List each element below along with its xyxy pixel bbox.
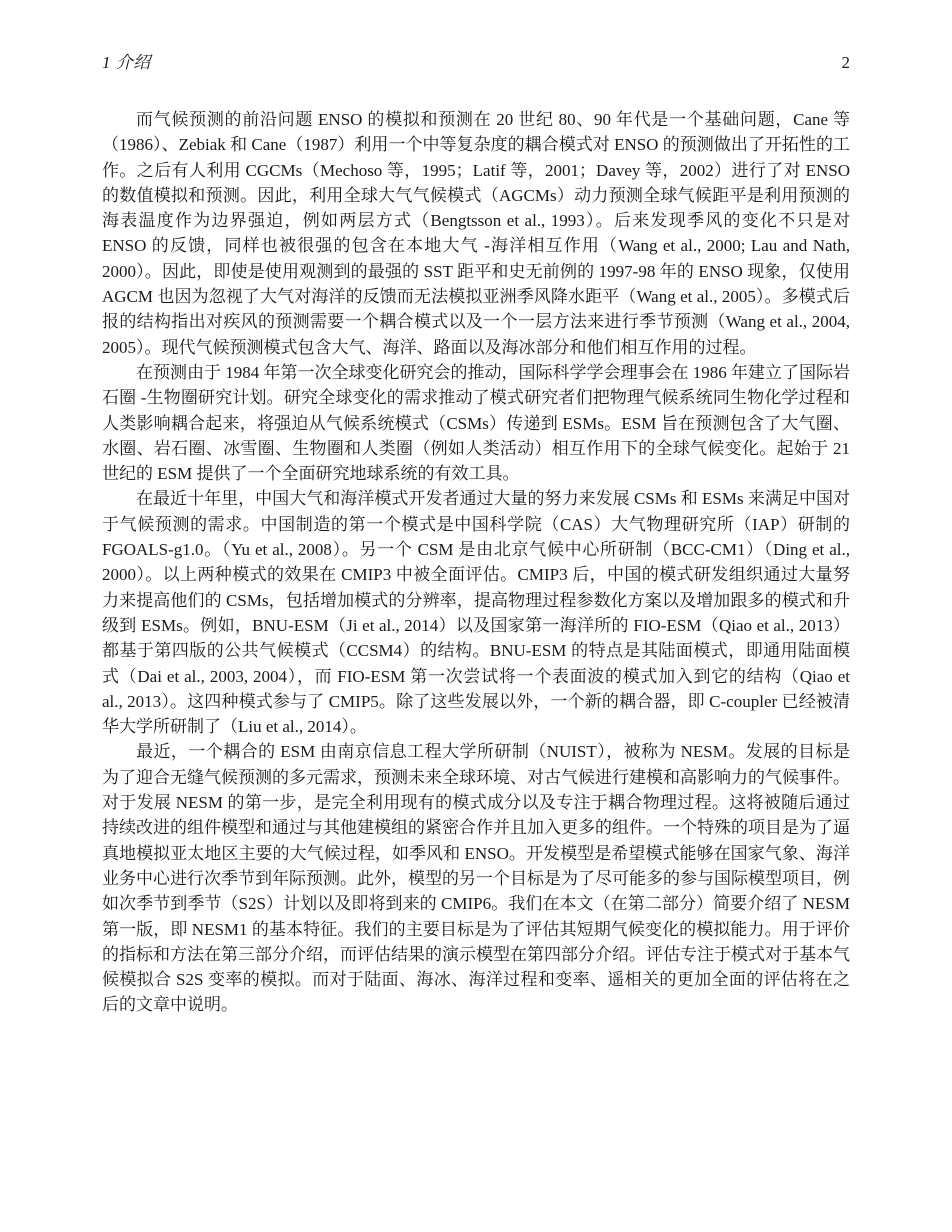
document-page: 1 介绍 2 而气候预测的前沿问题 ENSO 的模拟和预测在 20 世纪 80、… [0,0,952,1232]
paragraph-enso-prediction: 而气候预测的前沿问题 ENSO 的模拟和预测在 20 世纪 80、90 年代是一… [102,107,850,360]
document-body: 而气候预测的前沿问题 ENSO 的模拟和预测在 20 世纪 80、90 年代是一… [102,107,850,1018]
paragraph-global-change-program: 在预测由于 1984 年第一次全球变化研究会的推动，国际科学学会理事会在 198… [102,360,850,486]
paragraph-nesm-introduction: 最近，一个耦合的 ESM 由南京信息工程大学所研制（NUIST），被称为 NES… [102,739,850,1017]
paragraph-china-model-development: 在最近十年里，中国大气和海洋模式开发者通过大量的努力来发展 CSMs 和 ESM… [102,486,850,739]
running-head-section-title: 1 介绍 [102,52,151,74]
page-number: 2 [842,52,851,74]
page-header: 1 介绍 2 [102,52,850,74]
